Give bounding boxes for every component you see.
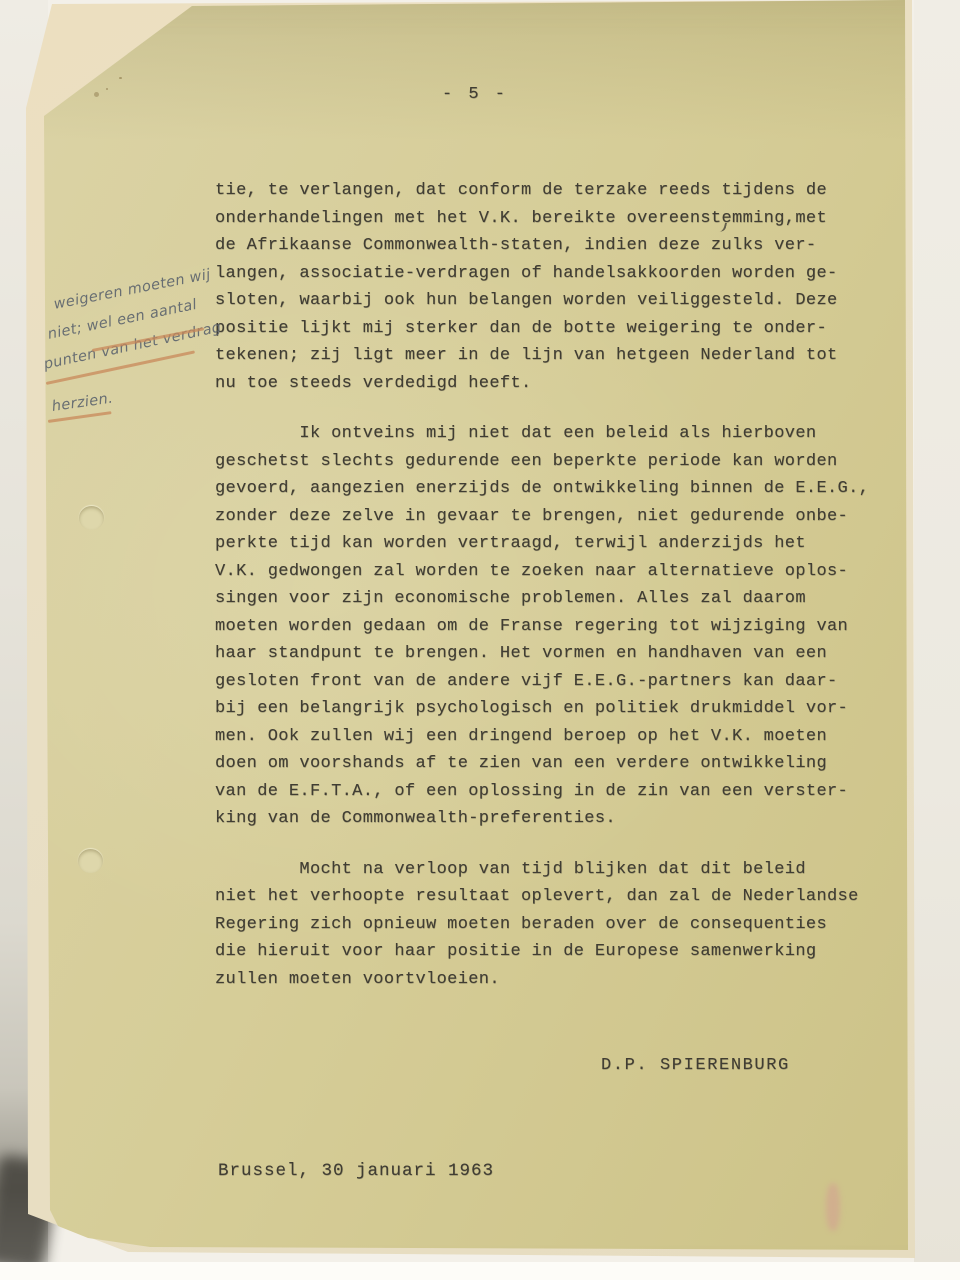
- paper-speck: [106, 88, 108, 90]
- document-page: - 5 - tie, te verlangen, dat conform de …: [0, 0, 960, 1280]
- page-number: - 5 -: [390, 85, 560, 104]
- signature-name: D.P. SPIERENBURG: [601, 1056, 790, 1075]
- scanned-document: - 5 - tie, te verlangen, dat conform de …: [0, 0, 960, 1280]
- ink-smudge: [826, 1183, 840, 1231]
- paragraph-2: Ik ontveins mij niet dat een beleid als …: [215, 420, 905, 833]
- punch-hole-top: [79, 506, 104, 530]
- dateline: Brussel, 30 januari 1963: [218, 1161, 494, 1181]
- paper-speck: [119, 77, 122, 79]
- body-text: tie, te verlangen, dat conform de terzak…: [215, 177, 905, 1016]
- paragraph-1: tie, te verlangen, dat conform de terzak…: [215, 177, 905, 397]
- paper-speck: [94, 92, 99, 97]
- scanner-background-bottom: [0, 1262, 960, 1280]
- paragraph-3: Mocht na verloop van tijd blijken dat di…: [215, 856, 905, 994]
- punch-hole-bottom: [78, 849, 103, 873]
- scanner-background-right: [914, 0, 960, 1280]
